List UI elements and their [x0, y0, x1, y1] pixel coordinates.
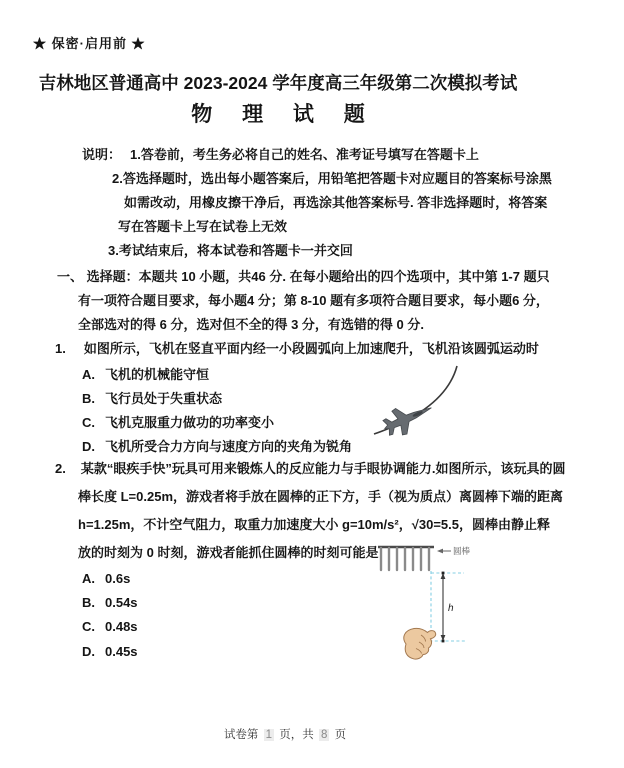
question-1-number: 1.	[55, 340, 66, 358]
rod-drop-figure: 圆棒 h	[372, 540, 502, 677]
security-notice: ★ 保密·启用前 ★	[33, 33, 146, 52]
option-label: B.	[82, 390, 95, 408]
question-1-text: 如图所示，飞机在竖直平面内经一小段圆弧向上加速爬升，飞机沿该圆弧运动时	[84, 340, 539, 358]
question-2-option-d: D. 0.45s	[82, 643, 138, 661]
option-text: 0.6s	[105, 570, 130, 588]
option-text: 0.48s	[105, 618, 138, 636]
instructions-item-1: 1.答卷前，考生务必将自己的姓名、准考证号填写在答题卡上	[130, 146, 479, 164]
option-text: 飞机的机械能守恒	[105, 366, 209, 384]
rod-label: 圆棒	[453, 546, 471, 556]
option-text: 飞行员处于失重状态	[105, 390, 222, 408]
airplane-figure	[360, 360, 510, 453]
question-1-option-a: A. 飞机的机械能守恒	[82, 366, 209, 384]
option-text: 飞机克服重力做功的功率变小	[105, 414, 274, 432]
question-2-text-line-1: 某款“眼疾手快”玩具可用来锻炼人的反应能力与手眼协调能力.如图所示，该玩具的圆	[81, 460, 566, 478]
option-text: 0.54s	[105, 594, 138, 612]
hand-icon	[404, 628, 436, 659]
option-label: C.	[82, 414, 95, 432]
question-2: 2. 某款“眼疾手快”玩具可用来锻炼人的反应能力与手眼协调能力.如图所示，该玩具…	[55, 460, 565, 478]
footer-prefix: 试卷第	[224, 729, 259, 741]
instructions-item-2-cont2: 写在答题卡上写在试卷上无效	[118, 218, 287, 236]
footer-page-number: 1	[264, 729, 274, 741]
airplane-climb-arc-icon	[360, 360, 510, 448]
question-2-option-c: C. 0.48s	[82, 618, 138, 636]
instructions-item-2-cont: 如需改动，用橡皮擦干净后，再选涂其他答案标号. 答非选择题时，将答案	[124, 194, 547, 212]
option-label: A.	[82, 570, 95, 588]
section-heading-line-3: 全部选对的得 6 分，选对但不全的得 3 分，有选错的得 0 分.	[78, 316, 424, 334]
instructions-item-3: 3.考试结束后，将本试卷和答题卡一并交回	[108, 242, 353, 260]
question-2-number: 2.	[55, 460, 66, 478]
instructions-label: 说明：	[82, 146, 121, 164]
question-2-text-line-3: h=1.25m，不计空气阻力，取重力加速度大小 g=10m/s²，√30=5.5…	[78, 516, 550, 534]
h-label: h	[448, 603, 454, 614]
section-heading-line-2: 有一项符合题目要求，每小题4 分；第 8-10 题有多项符合题目要求，每小题6 …	[78, 292, 549, 310]
option-label: C.	[82, 618, 95, 636]
h-end-dot-top	[442, 572, 445, 575]
question-1-option-b: B. 飞行员处于失重状态	[82, 390, 222, 408]
exam-paper-page: ★ 保密·启用前 ★ 吉林地区普通高中 2023-2024 学年度高三年级第二次…	[0, 0, 624, 768]
question-2-option-a: A. 0.6s	[82, 570, 130, 588]
footer-suffix: 页	[335, 729, 347, 741]
section-heading-line-1: 一、 选择题：本题共 10 小题，共46 分. 在每小题给出的四个选项中，其中第…	[57, 268, 550, 286]
option-label: D.	[82, 643, 95, 661]
question-1-option-c: C. 飞机克服重力做功的功率变小	[82, 414, 274, 432]
page-footer: 试卷第 1 页，共 8 页	[0, 726, 570, 742]
question-2-text-line-2: 棒长度 L=0.25m，游戏者将手放在圆棒的正下方，手（视为质点）离圆棒下端的距…	[78, 488, 563, 506]
footer-mid: 页，共	[279, 729, 314, 741]
option-text: 飞机所受合力方向与速度方向的夹角为锐角	[105, 438, 352, 456]
instructions-item-2: 2.答选择题时，选出每小题答案后，用铅笔把答题卡对应题目的答案标号涂黑	[112, 170, 552, 188]
instructions-line-1: 说明： 1.答卷前，考生务必将自己的姓名、准考证号填写在答题卡上	[82, 146, 479, 164]
rod-label-arrowhead	[437, 549, 443, 554]
rod-teeth	[381, 548, 429, 570]
h-end-dot-bottom	[442, 640, 445, 643]
page-subtitle: 物 理 试 题	[0, 98, 568, 128]
option-label: D.	[82, 438, 95, 456]
question-1: 1. 如图所示，飞机在竖直平面内经一小段圆弧向上加速爬升，飞机沿该圆弧运动时	[55, 340, 539, 358]
page-title: 吉林地区普通高中 2023-2024 学年度高三年级第二次模拟考试	[0, 70, 556, 95]
option-text: 0.45s	[105, 643, 138, 661]
question-2-text-line-4: 放的时刻为 0 时刻，游戏者能抓住圆棒的时刻可能是	[78, 544, 378, 562]
option-label: A.	[82, 366, 95, 384]
question-1-option-d: D. 飞机所受合力方向与速度方向的夹角为锐角	[82, 438, 352, 456]
option-label: B.	[82, 594, 95, 612]
question-2-option-b: B. 0.54s	[82, 594, 138, 612]
footer-total-pages: 8	[319, 729, 329, 741]
